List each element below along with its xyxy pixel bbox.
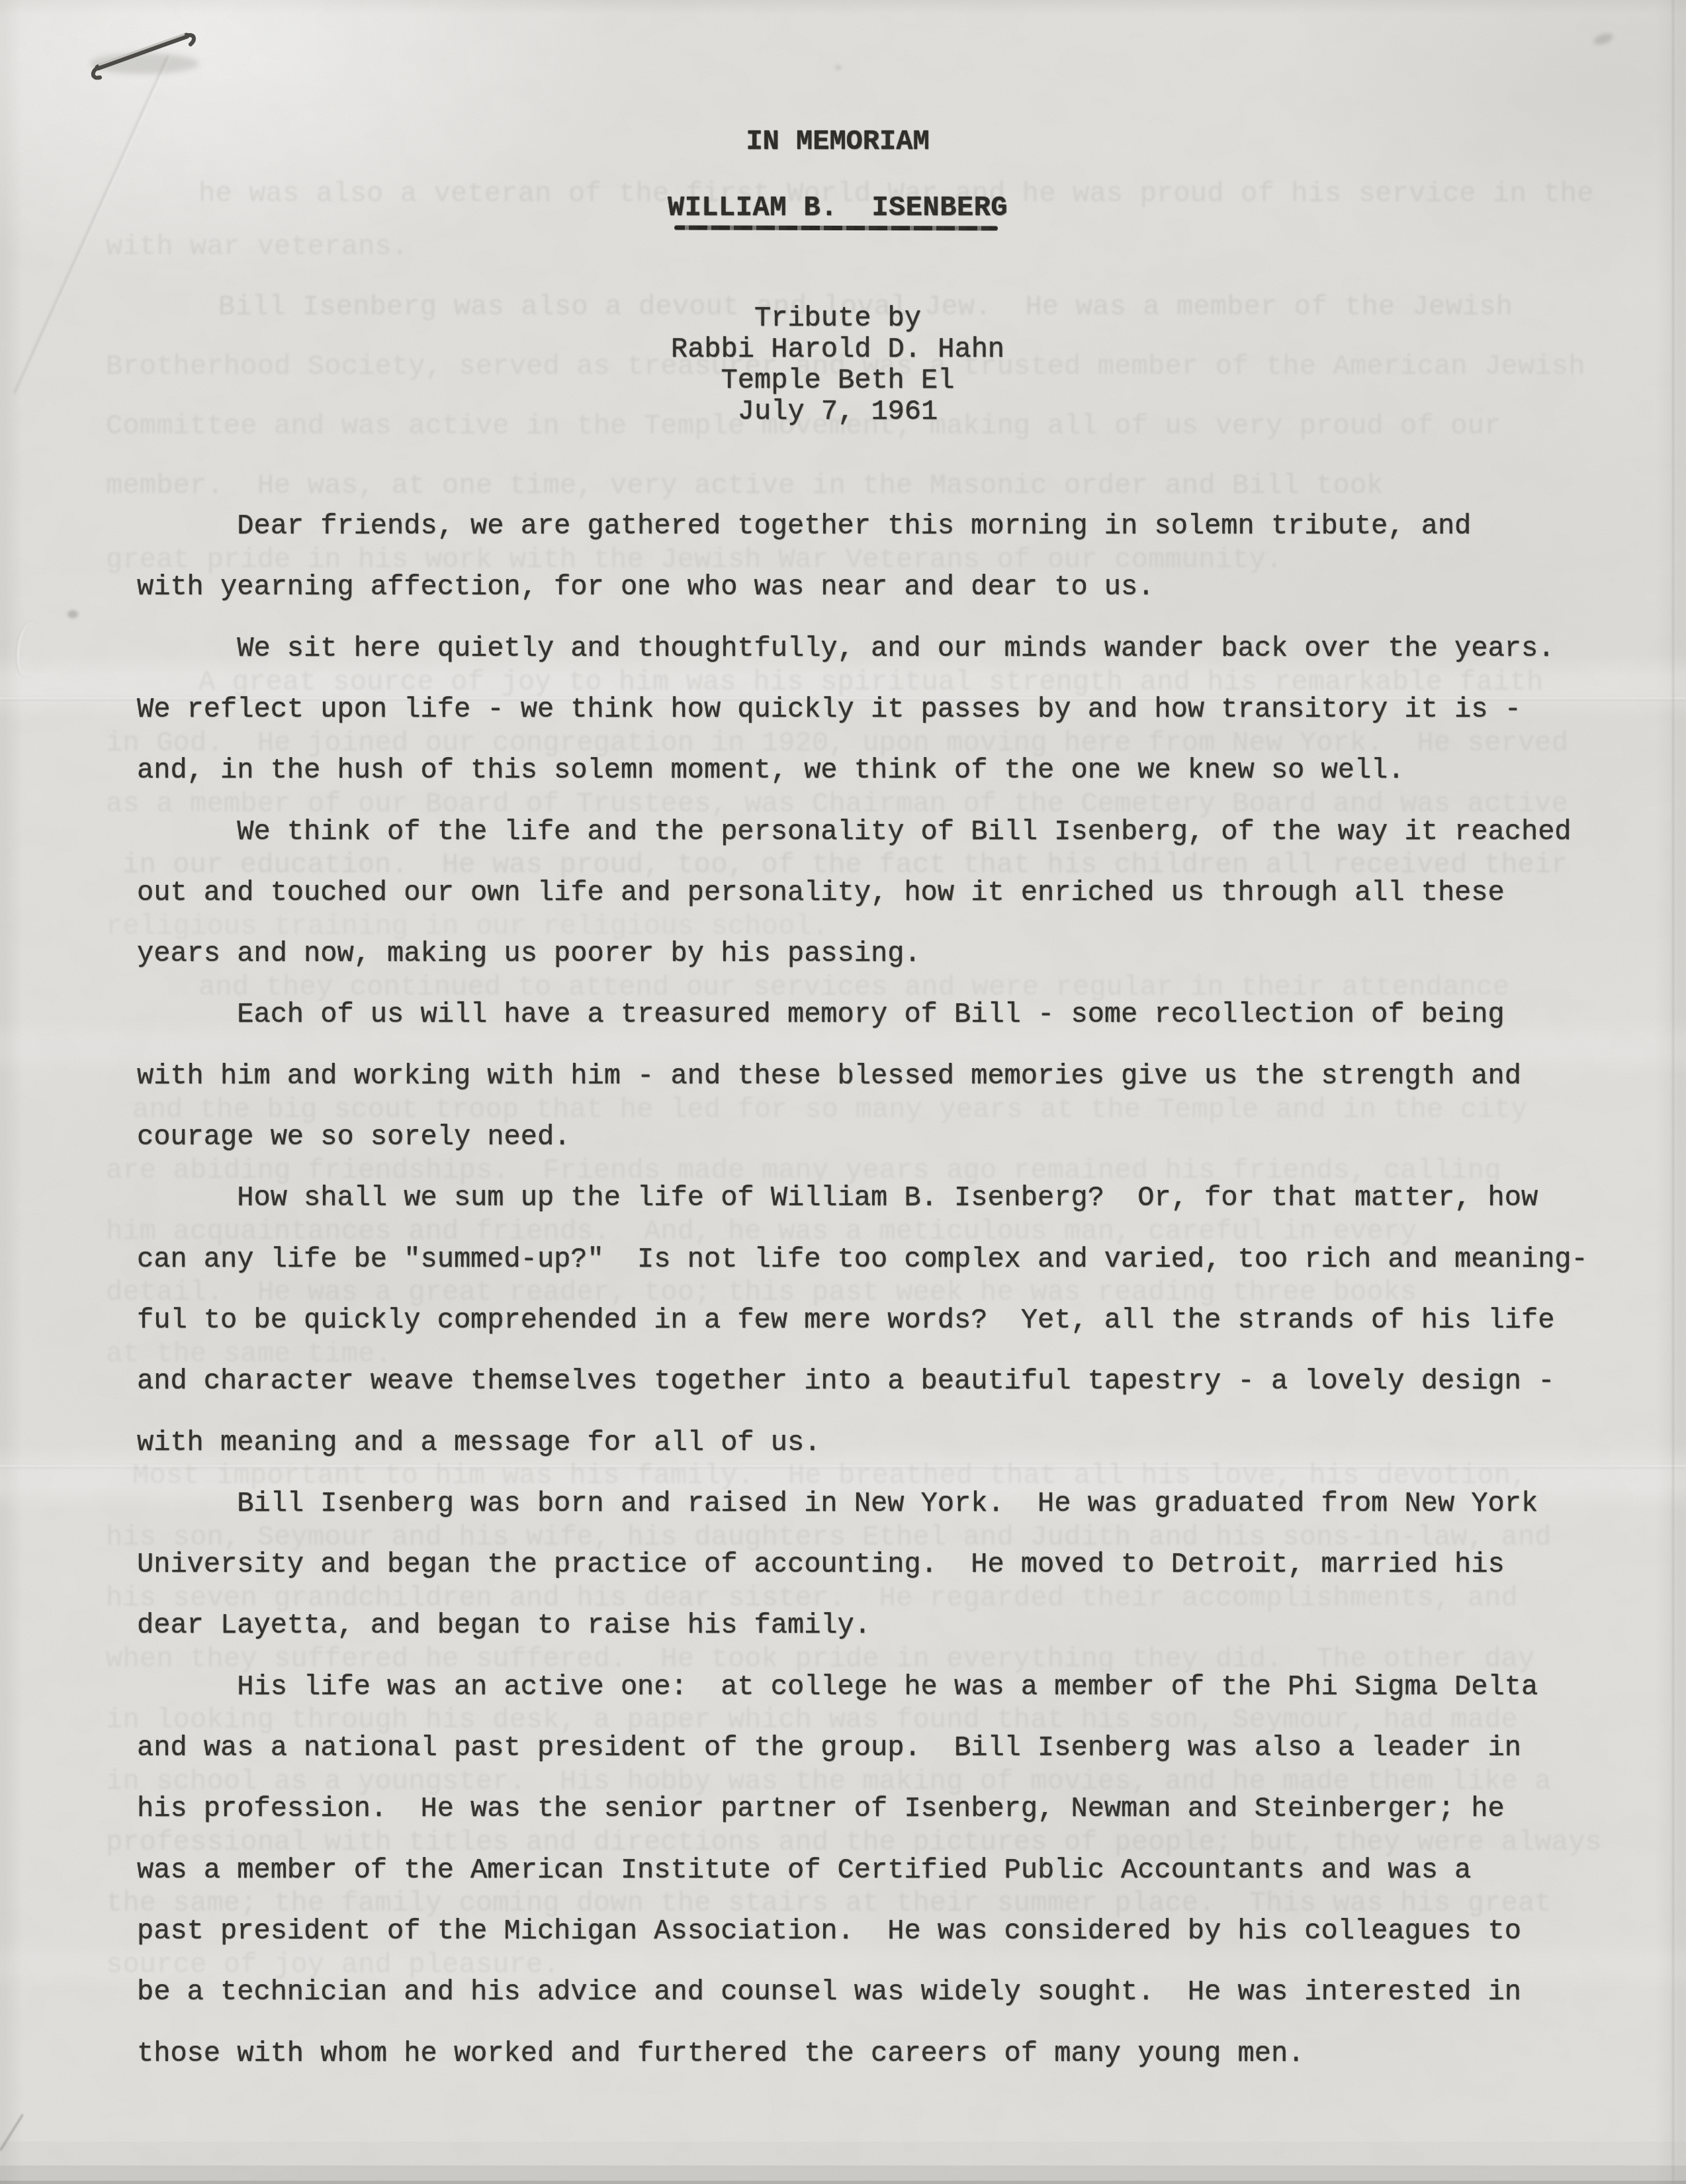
typed-line: University and began the practice of acc… bbox=[137, 1551, 1505, 1578]
typed-line: and was a national past president of the… bbox=[137, 1734, 1521, 1762]
typed-line: dear Layetta, and began to raise his fam… bbox=[137, 1612, 871, 1639]
typed-line: those with whom he worked and furthered … bbox=[137, 2040, 1304, 2068]
typed-line: We sit here quietly and thoughtfully, an… bbox=[137, 635, 1554, 662]
typed-line: and, in the hush of this solemn moment, … bbox=[137, 756, 1405, 784]
typed-line: Dear friends, we are gathered together t… bbox=[137, 512, 1471, 540]
typed-line: Bill Isenberg was born and raised in New… bbox=[137, 1490, 1538, 1518]
typed-line: his profession. He was the senior partne… bbox=[137, 1795, 1505, 1823]
staple bbox=[85, 19, 204, 85]
typed-line: with meaning and a message for all of us… bbox=[137, 1429, 821, 1457]
typed-line: with him and working with him - and thes… bbox=[137, 1062, 1521, 1090]
typed-line: years and now, making us poorer by his p… bbox=[137, 940, 921, 968]
typed-line: be a technician and his advice and couns… bbox=[137, 1978, 1521, 2006]
typed-line: and character weave themselves together … bbox=[137, 1367, 1554, 1395]
staple-right-leg bbox=[187, 35, 194, 44]
scanned-page: he was also a veteran of the first World… bbox=[0, 0, 1686, 2184]
typed-line: We think of the life and the personality… bbox=[137, 818, 1572, 846]
tribute-body: Dear friends, we are gathered together t… bbox=[0, 0, 1686, 2184]
typed-line: was a member of the American Institute o… bbox=[137, 1856, 1471, 1884]
typed-line: out and touched our own life and persona… bbox=[137, 879, 1505, 907]
typed-line: past president of the Michigan Associati… bbox=[137, 1917, 1521, 1945]
typed-line: His life was an active one: at college h… bbox=[137, 1673, 1538, 1701]
typed-line: courage we so sorely need. bbox=[137, 1123, 570, 1151]
staple-left-leg bbox=[93, 68, 100, 78]
typed-line: with yearning affection, for one who was… bbox=[137, 573, 1154, 601]
scanned-document-screenshot: { "document_kind": "typed memorial tribu… bbox=[0, 0, 1686, 2184]
typed-line: can any life be "summed-up?" Is not life… bbox=[137, 1246, 1588, 1273]
typed-line: ful to be quickly comprehended in a few … bbox=[137, 1306, 1554, 1334]
typed-line: Each of us will have a treasured memory … bbox=[137, 1001, 1505, 1028]
typed-line: How shall we sum up the life of William … bbox=[137, 1184, 1538, 1212]
typed-line: We reflect upon life - we think how quic… bbox=[137, 696, 1521, 723]
